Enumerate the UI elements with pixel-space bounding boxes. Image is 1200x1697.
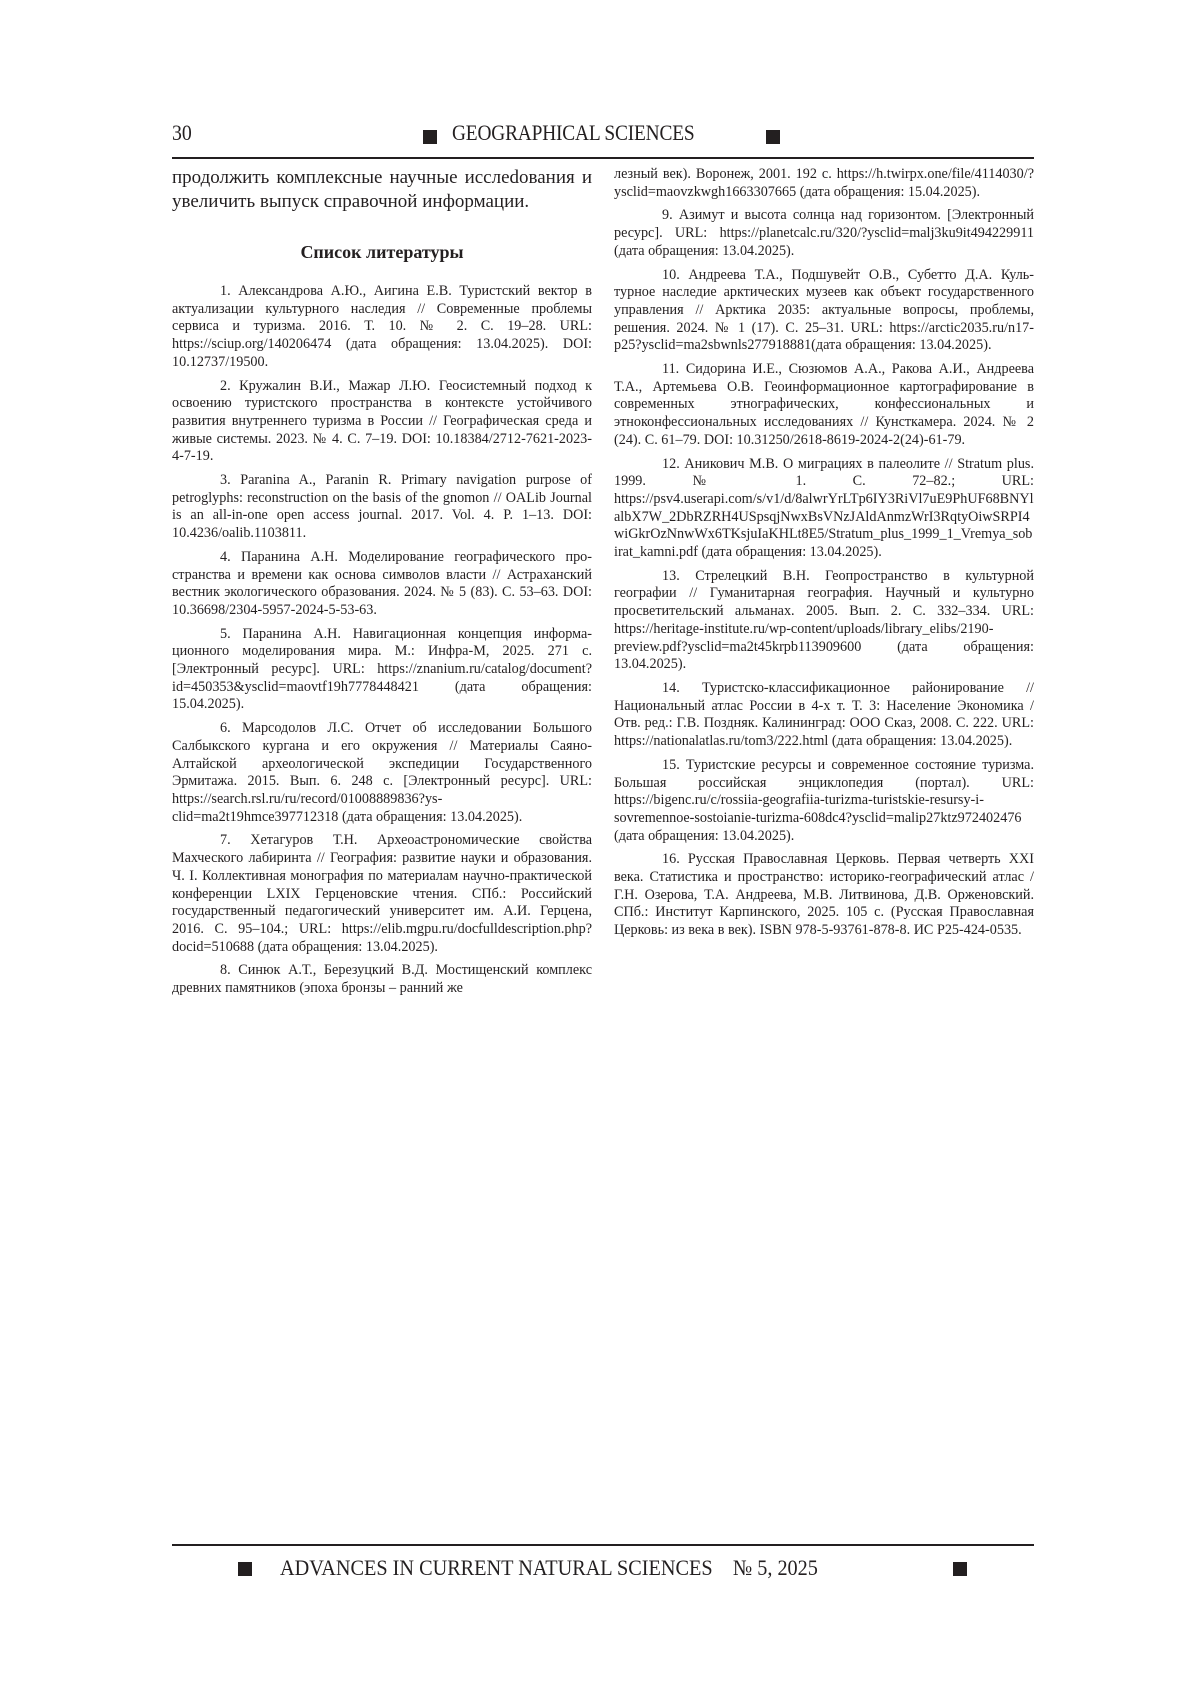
reference-item: 5. Паранина А.Н. Навигационная концепция… — [172, 626, 592, 715]
reference-item: 9. Азимут и высота солнца над горизонтом… — [614, 207, 1034, 260]
issue-number: № 5, 2025 — [733, 1555, 818, 1580]
right-column: лезный век). Воронеж, 2001. 192 с. https… — [614, 166, 1034, 946]
reference-item: 15. Туристские ресурсы и современное сос… — [614, 757, 1034, 846]
page-number: 30 — [172, 120, 192, 146]
page-header: 30 GEOGRAPHICAL SCIENCES — [172, 108, 1034, 148]
reference-item: 10. Андреева Т.А., Подшувейт О.В., Субет… — [614, 267, 1034, 356]
reference-item: 14. Туристско-классификационное райониро… — [614, 680, 1034, 751]
black-square-icon — [423, 130, 437, 144]
footer-rule — [172, 1544, 1034, 1546]
header-rule — [172, 157, 1034, 159]
page-footer: ADVANCES IN CURRENT NATURAL SCIENCES № 5… — [172, 1553, 1034, 1583]
black-square-icon — [766, 130, 780, 144]
reference-item-continued: лезный век). Воронеж, 2001. 192 с. https… — [614, 166, 1034, 201]
reference-item: 4. Паранина А.Н. Моделирование географич… — [172, 549, 592, 620]
reference-item: 3. Paranina A., Paranin R. Primary navig… — [172, 472, 592, 543]
reference-item: 1. Александрова А.Ю., Аигина Е.В. Турист… — [172, 283, 592, 372]
reference-item: 13. Стрелецкий В.Н. Геопространство в ку… — [614, 568, 1034, 674]
reference-item: 2. Кружалин В.И., Мажар Л.Ю. Геосистемны… — [172, 378, 592, 467]
reference-item: 11. Сидорина И.Е., Сюзюмов А.А., Ракова … — [614, 361, 1034, 450]
reference-item: 7. Хетагуров Т.Н. Археоастрономические с… — [172, 832, 592, 956]
reference-item: 12. Аникович М.В. О миграциях в палеолит… — [614, 456, 1034, 562]
black-square-icon — [238, 1562, 252, 1576]
journal-name: ADVANCES IN CURRENT NATURAL SCIENCES — [280, 1555, 713, 1580]
references-heading: Список литературы — [172, 242, 592, 263]
left-column: продолжить комплексные научные иссле­dов… — [172, 166, 592, 1004]
body-paragraph: продолжить комплексные научные иссле­dов… — [172, 166, 592, 214]
reference-item: 16. Русская Православная Церковь. Первая… — [614, 851, 1034, 940]
reference-item: 8. Синюк А.Т., Березуцкий В.Д. Мостищенс… — [172, 962, 592, 997]
black-square-icon — [953, 1562, 967, 1576]
running-title: GEOGRAPHICAL SCIENCES — [452, 120, 694, 146]
journal-title: ADVANCES IN CURRENT NATURAL SCIENCES № 5… — [280, 1555, 818, 1581]
reference-item: 6. Марсодолов Л.С. Отчет об исследовании… — [172, 720, 592, 826]
